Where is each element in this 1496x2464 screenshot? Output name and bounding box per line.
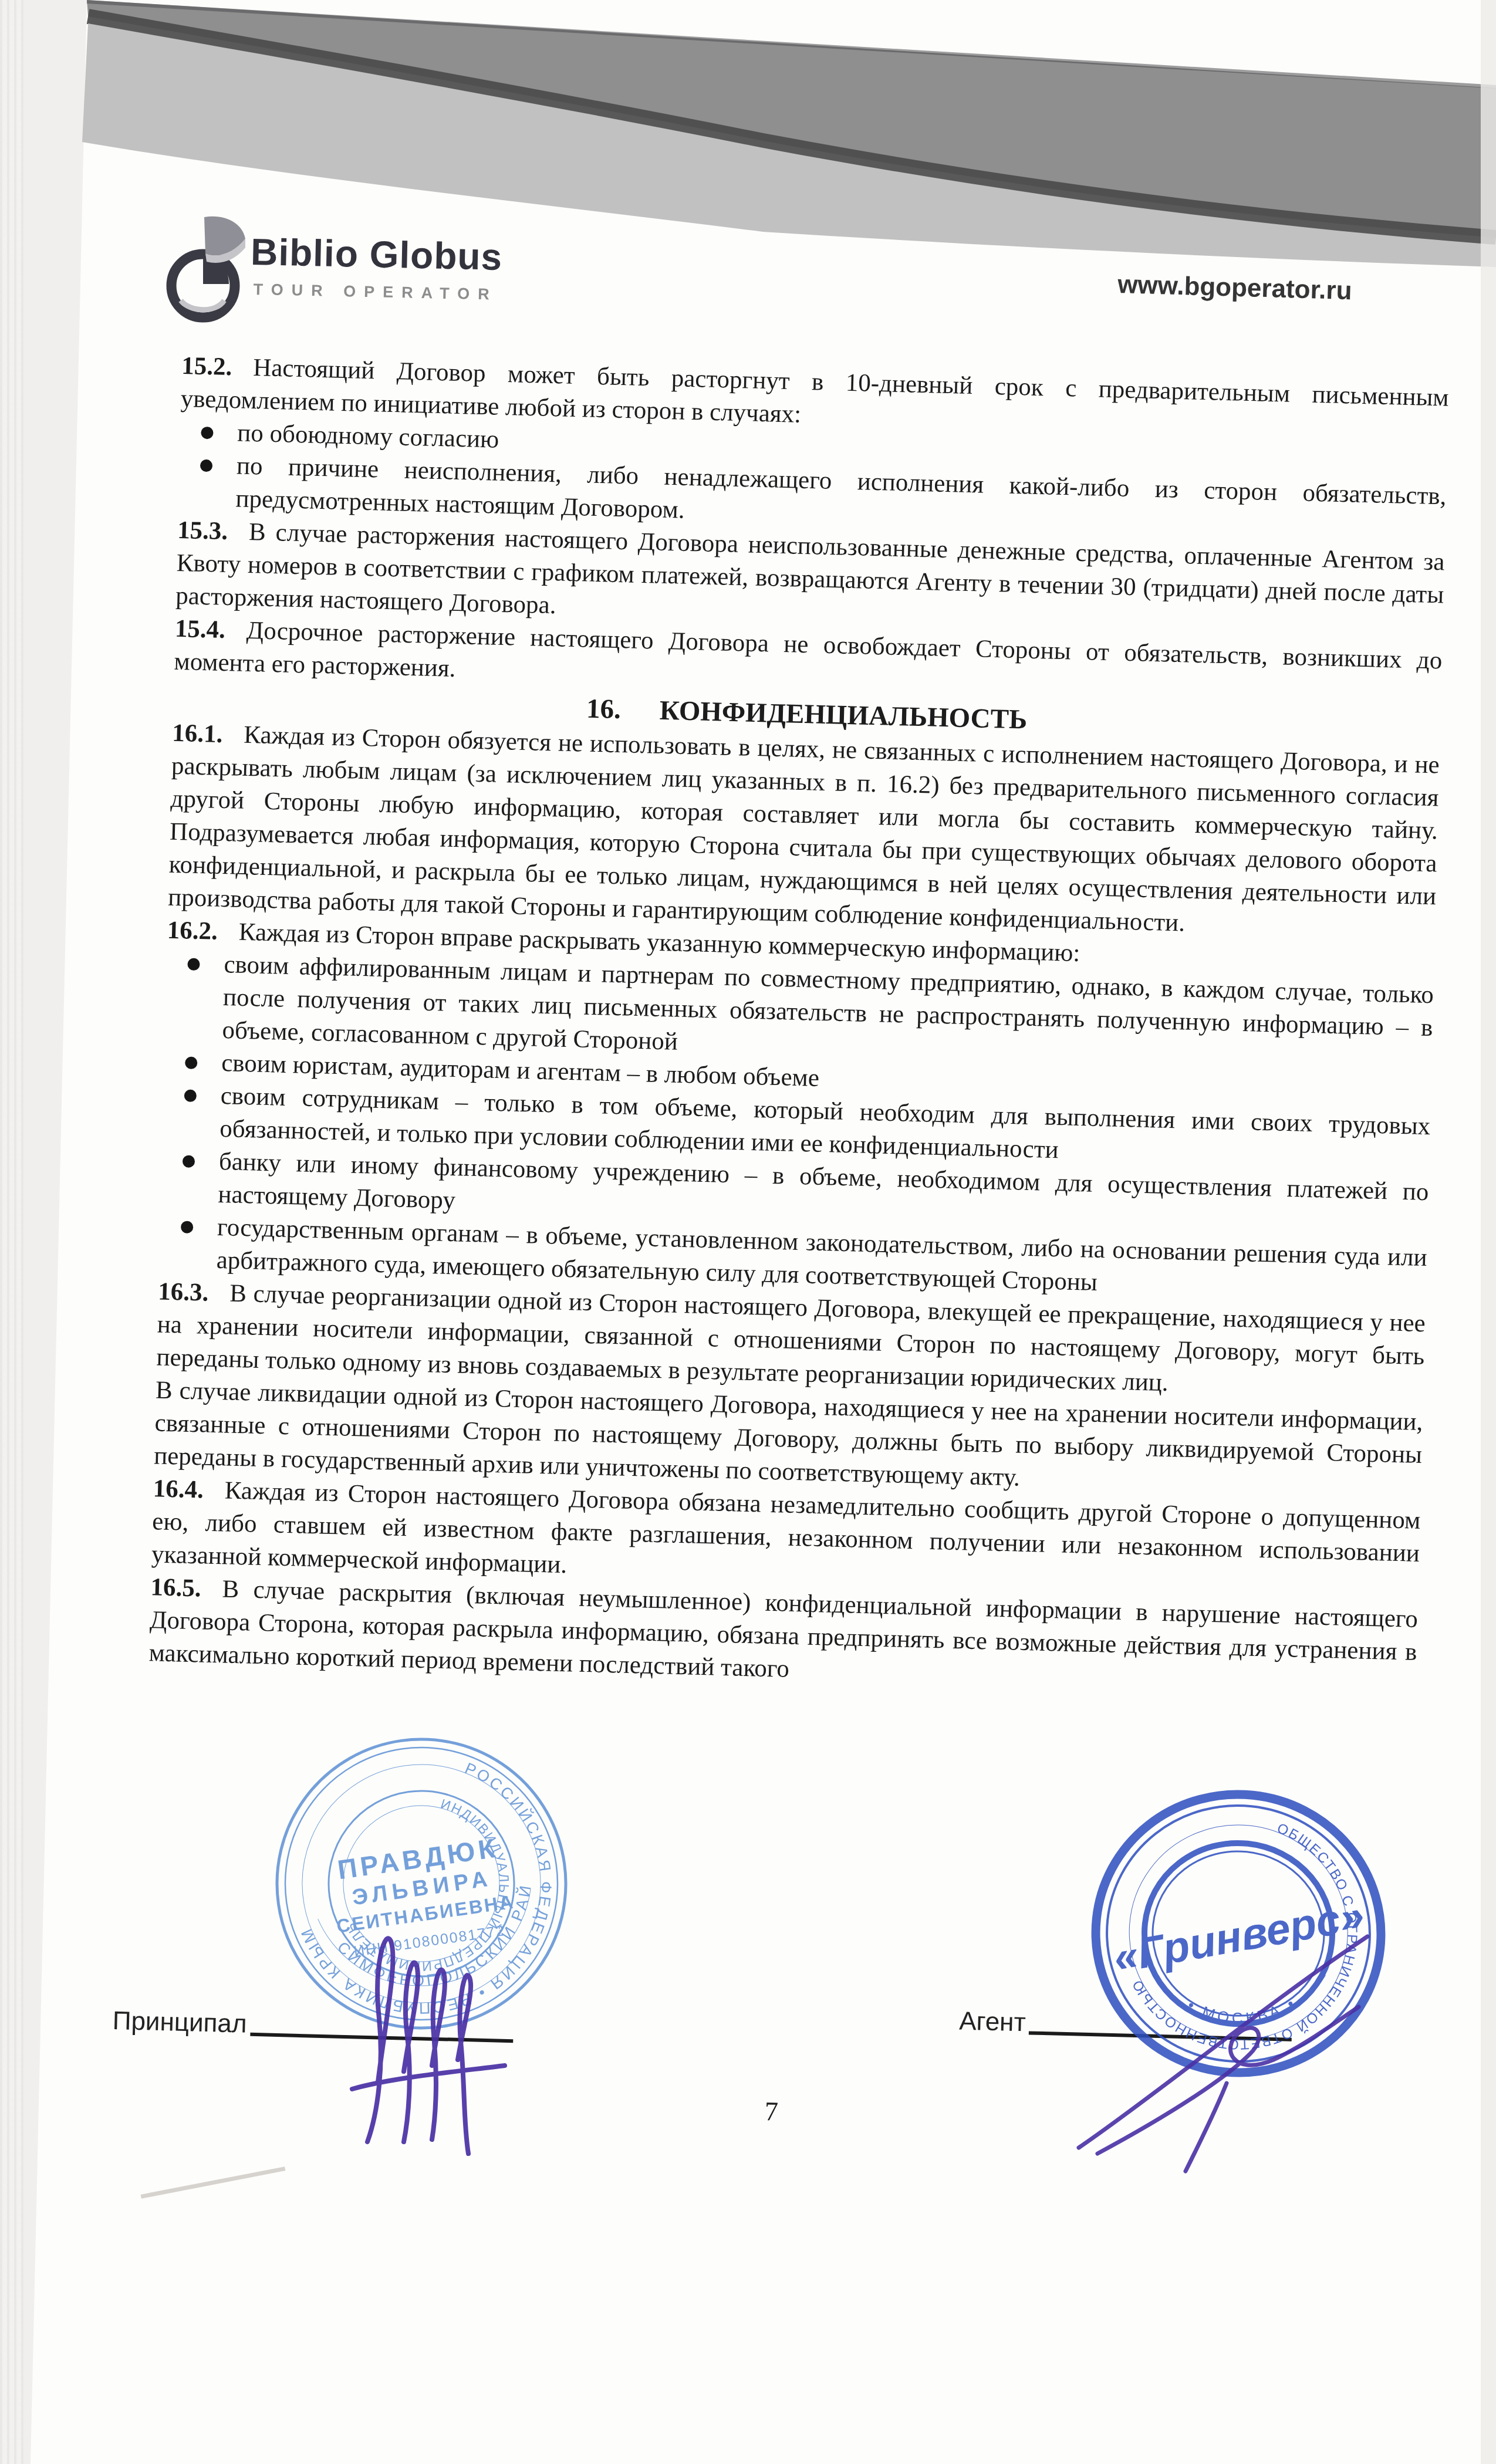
- scan-right-edge: [1481, 0, 1496, 2464]
- clause-number: 16.3.: [158, 1277, 209, 1306]
- brand-title: Biblio Globus: [250, 230, 502, 279]
- biblio-globus-logo-icon: [163, 212, 257, 336]
- agent-label: Агент: [959, 2006, 1026, 2037]
- clause-number: 16.1.: [172, 719, 223, 748]
- section-number: 16.: [586, 694, 622, 725]
- bullet-dot-icon: [185, 1057, 198, 1070]
- bullet-dot-icon: [187, 958, 200, 971]
- section-title: КОНФИДЕНЦИАЛЬНОСТЬ: [659, 695, 1028, 735]
- clause-number: 15.2.: [181, 352, 232, 381]
- clause-number: 15.3.: [177, 516, 228, 545]
- principal-label: Принципал: [112, 2006, 247, 2039]
- disclosure-bullet-list: своим аффилированным лицам и партнерам п…: [158, 947, 1434, 1307]
- bullet-dot-icon: [181, 1221, 194, 1233]
- bullet-dot-icon: [201, 427, 214, 440]
- clause-number: 16.4.: [153, 1475, 204, 1503]
- clause-text: Каждая из Сторон обязуется не использова…: [168, 721, 1440, 937]
- clause-number: 16.5.: [150, 1573, 201, 1602]
- clause-16-1: 16.1.Каждая из Сторон обязуется не испол…: [168, 717, 1440, 947]
- bullet-dot-icon: [183, 1155, 195, 1168]
- principal-handwritten-signature: [329, 1895, 516, 2165]
- bullet-text: по обоюдному согласию: [237, 419, 499, 453]
- agent-handwritten-signature: [1051, 1901, 1403, 2183]
- clause-number: 15.4.: [174, 615, 225, 644]
- bullet-dot-icon: [200, 459, 213, 472]
- clause-number: 16.2.: [167, 917, 218, 945]
- scanned-contract-page: { "header": { "brand": "Biblio Globus", …: [0, 0, 1496, 2464]
- bullet-dot-icon: [184, 1090, 197, 1103]
